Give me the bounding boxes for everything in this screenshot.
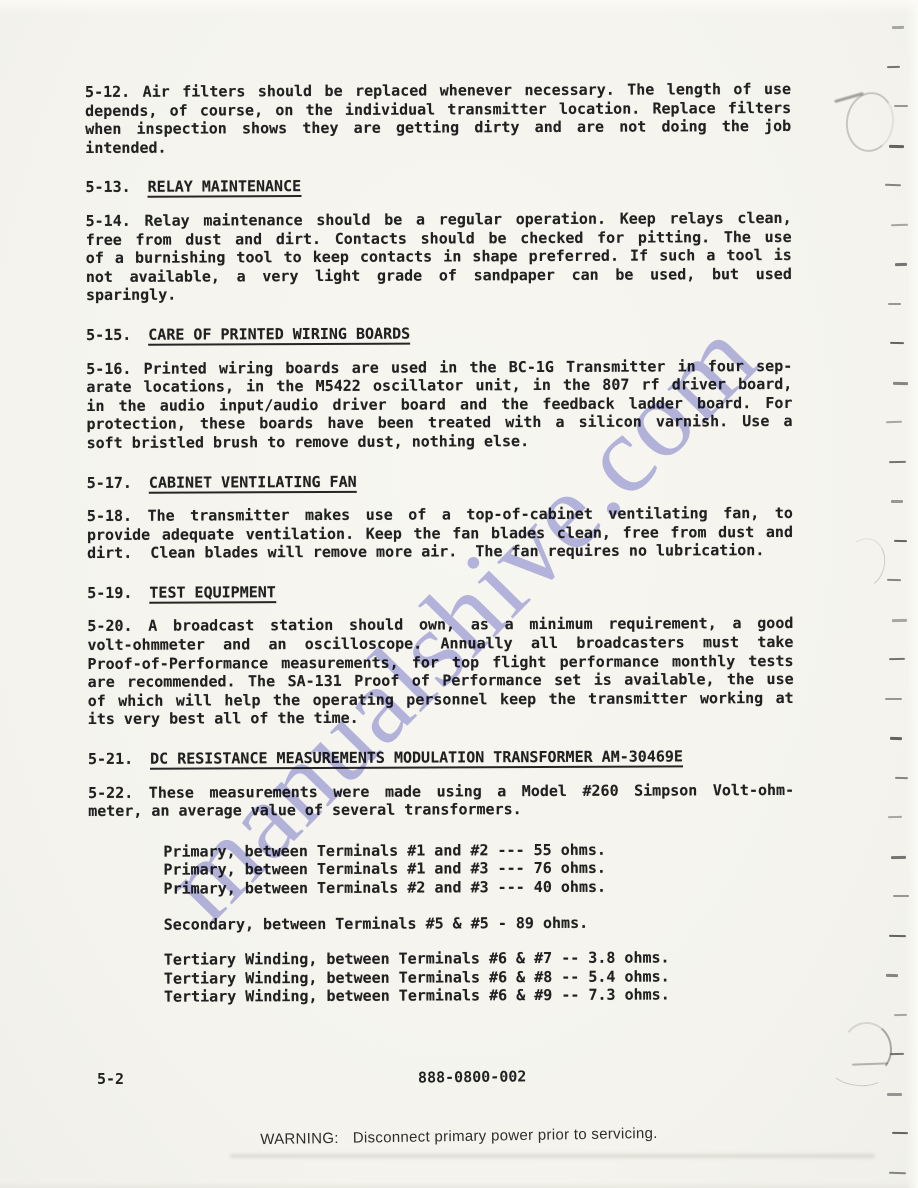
stain-mark [830,1055,887,1088]
binding-mark [892,618,907,621]
paragraph-line: not available, a very light grade of san… [86,265,792,287]
paragraph-line: dirt. Clean blades will remove more air.… [87,541,793,563]
section-heading: 5-15.CARE OF PRINTED WIRING BOARDS [86,323,792,345]
binding-mark [891,500,903,503]
binding-mark [889,144,904,147]
paragraph-line: 5-22. These measurements were made using… [88,781,794,803]
measurement-group: Primary, between Terminals #1 and #2 ---… [88,840,794,899]
measurement-line: Primary, between Terminals #2 and #3 ---… [88,877,794,899]
binding-mark [889,1171,906,1173]
binding-mark [890,342,904,344]
heading-title: CARE OF PRINTED WIRING BOARDS [148,325,410,346]
binding-mark [885,184,901,186]
heading-title: CABINET VENTILATING FAN [149,472,357,493]
paragraph: 5-12. Air filters should be replaced whe… [85,80,791,157]
manual-page: 5-12. Air filters should be replaced whe… [0,0,918,1188]
binding-mark [887,579,901,581]
binding-mark [888,303,901,305]
measurement-group: Tertiary Winding, between Terminals #6 &… [89,948,795,1007]
binding-mark [890,1053,904,1055]
section-heading: 5-17.CABINET VENTILATING FAN [87,470,793,492]
paragraph-line: 5-12. Air filters should be replaced whe… [85,80,791,102]
page-body-text: 5-12. Air filters should be replaced whe… [85,80,795,1007]
paragraph-line: 5-14. Relay maintenance should be a regu… [86,209,792,231]
paragraph-line: soft bristled brush to remove dust, noth… [87,431,793,453]
paragraph-line: its very best all of the time. [88,707,794,729]
binding-mark [894,1013,907,1015]
heading-number: 5-17. [87,473,132,491]
measurement-line: Secondary, between Terminals #5 & #5 - 8… [89,913,795,935]
binding-mark [891,855,906,858]
heading-number: 5-15. [86,326,131,344]
heading-title: TEST EQUIPMENT [149,583,276,604]
heading-title: DC RESISTANCE MEASUREMENTS MODULATION TR… [150,747,683,769]
binding-mark [887,65,900,67]
heading-number: 5-13. [85,178,130,196]
warning-text: Disconnect primary power prior to servic… [353,1125,658,1147]
paragraph-line: sparingly. [86,283,792,305]
document-number: 888-0800-002 [418,1067,527,1086]
section-heading: 5-19.TEST EQUIPMENT [87,581,793,603]
stain-mark [839,1020,894,1079]
paragraph: 5-20. A broadcast station should own, as… [87,614,793,729]
binding-mark [887,1093,902,1096]
binding-mark [886,421,902,423]
binding-mark [893,895,909,897]
measurement-line: Tertiary Winding, between Terminals #6 &… [89,985,795,1007]
page-number: 5-2 [97,1070,124,1088]
stain-mark [840,534,890,591]
binding-mark [895,263,907,266]
binding-mark [889,658,905,660]
smudge-mark [230,1154,875,1158]
binding-mark [889,934,906,936]
heading-title: RELAY MAINTENANCE [148,177,302,198]
paragraph: 5-18. The transmitter makes use of a top… [87,504,793,563]
measurement-group: Secondary, between Terminals #5 & #5 - 8… [89,913,795,935]
stain-mark [852,1062,888,1065]
paragraph-line: of which will help the operating personn… [88,689,794,711]
warning-note: WARNING:Disconnect primary power prior t… [0,1121,918,1152]
stain-mark [834,92,864,103]
stain-ring-mark [842,89,898,155]
heading-number: 5-19. [87,584,132,602]
section-heading: 5-13.RELAY MAINTENANCE [85,175,791,197]
binding-mark [886,974,898,977]
binding-mark [889,460,906,462]
binding-mark [891,223,908,225]
paragraph-line: when inspection shows they are getting d… [85,117,791,139]
paragraph-line: intended. [85,136,791,158]
binding-mark [885,698,902,700]
binding-mark [888,816,902,818]
paragraph: 5-16. Printed wiring boards are used in … [86,356,792,452]
warning-label: WARNING: [260,1130,339,1148]
paragraph: 5-14. Relay maintenance should be a regu… [86,209,792,305]
section-heading: 5-21.DC RESISTANCE MEASUREMENTS MODULATI… [88,747,794,769]
binding-mark [893,381,908,384]
binding-mark [894,539,907,541]
paragraph-line: meter, an average value of several trans… [88,799,794,821]
binding-mark [894,105,908,107]
paragraph-line: protection, these boards have been treat… [86,412,792,434]
paragraph: 5-22. These measurements were made using… [88,781,794,821]
binding-mark [890,737,902,740]
heading-number: 5-21. [88,750,133,768]
binding-mark [895,776,908,778]
binding-mark [892,26,904,29]
